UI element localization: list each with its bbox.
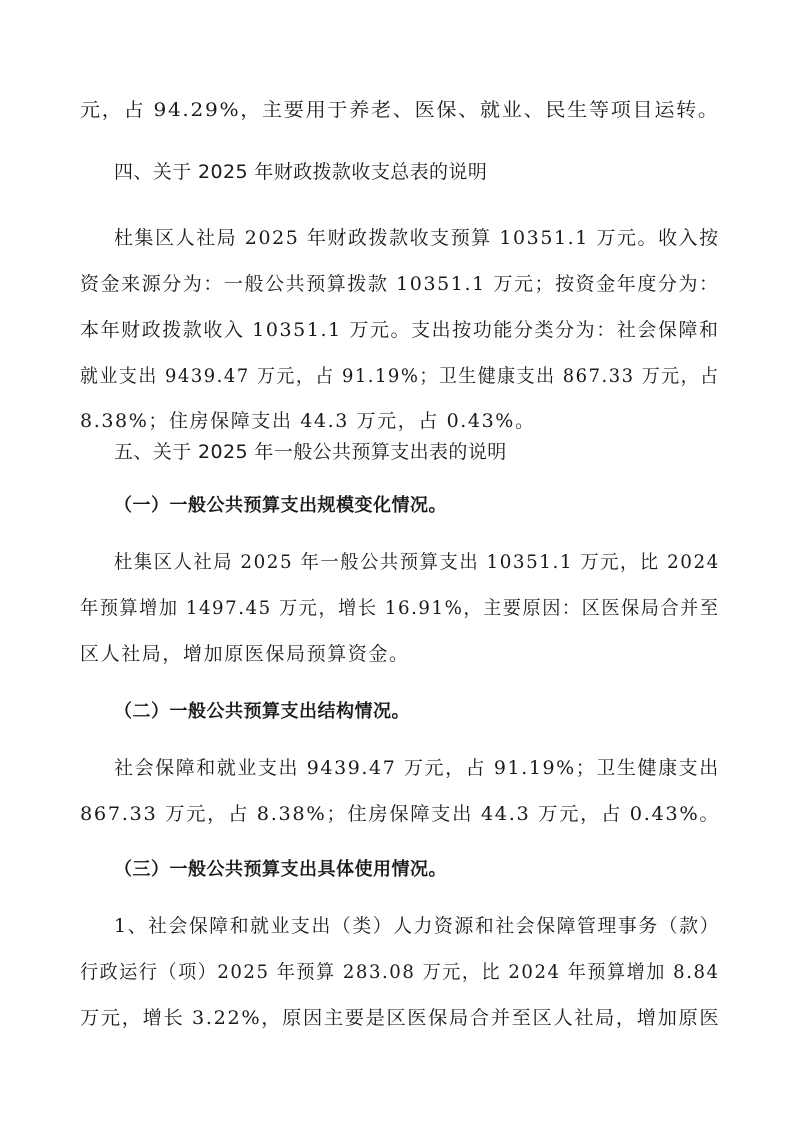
paragraph-line: 1、社会保障和就业支出（类）人力资源和社会保障管理事务（款）	[114, 914, 720, 938]
paragraph-line: 行政运行（项）2025 年预算 283.08 万元，比 2024 年预算增加 8…	[80, 960, 720, 984]
paragraph-line: 8.38%；住房保障支出 44.3 万元，占 0.43%。	[80, 409, 536, 433]
section-heading-4: 四、关于 2025 年财政拨款收支总表的说明	[114, 160, 487, 184]
subsection-heading-1: （一）一般公共预算支出规模变化情况。	[114, 494, 447, 518]
paragraph-line: 就业支出 9439.47 万元，占 91.19%；卫生健康支出 867.33 万…	[80, 364, 720, 388]
paragraph-line: 区人社局，增加原医保局预算资金。	[80, 642, 410, 666]
paragraph-line: 本年财政拨款收入 10351.1 万元。支出按功能分类分为：社会保障和	[80, 318, 720, 342]
paragraph-line: 年预算增加 1497.45 万元，增长 16.91%，主要原因：区医保局合并至	[80, 596, 720, 620]
paragraph-line: 社会保障和就业支出 9439.47 万元，占 91.19%；卫生健康支出	[114, 756, 720, 780]
document-page: 元，占 94.29%，主要用于养老、医保、就业、民生等项目运转。 四、关于 20…	[0, 0, 793, 1122]
paragraph-line: 万元，增长 3.22%，原因主要是区医保局合并至区人社局，增加原医	[80, 1006, 720, 1030]
paragraph-line: 杜集区人社局 2025 年一般公共预算支出 10351.1 万元，比 2024	[114, 550, 720, 574]
subsection-heading-2: （二）一般公共预算支出结构情况。	[114, 700, 410, 724]
paragraph-line: 资金来源分为：一般公共预算拨款 10351.1 万元；按资金年度分为：	[80, 272, 720, 296]
paragraph-line: 杜集区人社局 2025 年财政拨款收支预算 10351.1 万元。收入按	[114, 226, 720, 250]
section-heading-5: 五、关于 2025 年一般公共预算支出表的说明	[114, 440, 507, 464]
paragraph-line: 元，占 94.29%，主要用于养老、医保、就业、民生等项目运转。	[80, 98, 720, 122]
paragraph-line: 867.33 万元，占 8.38%；住房保障支出 44.3 万元，占 0.43%…	[80, 802, 720, 826]
subsection-heading-3: （三）一般公共预算支出具体使用情况。	[114, 858, 447, 882]
